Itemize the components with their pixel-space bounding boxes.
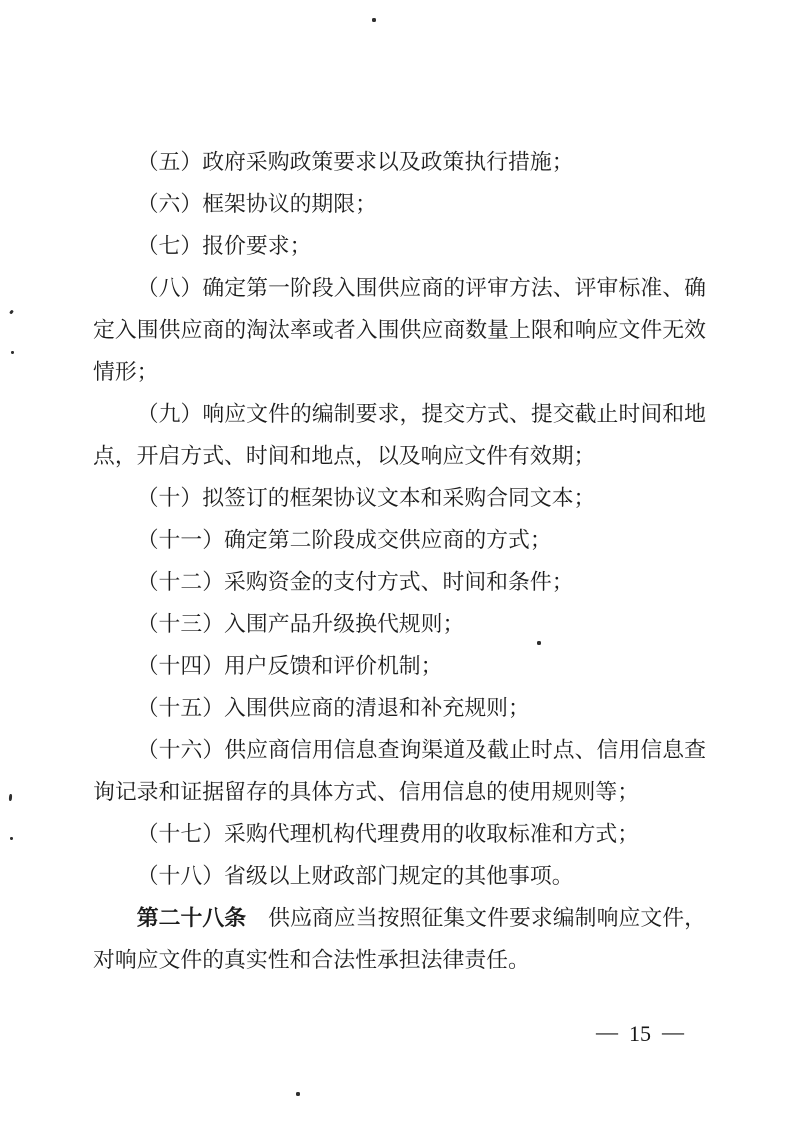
- page-number: — 15 —: [596, 1019, 684, 1049]
- paragraph: （十一）确定第二阶段成交供应商的方式；: [93, 519, 706, 561]
- document-page: （五）政府采购政策要求以及政策执行措施；（六）框架协议的期限；（七）报价要求；（…: [0, 0, 800, 1143]
- page-number-left-dash: —: [596, 1019, 618, 1045]
- paragraph: （十七）采购代理机构代理费用的收取标准和方式；: [93, 813, 706, 855]
- paragraph: （七）报价要求；: [93, 225, 706, 267]
- scan-speck: [9, 310, 14, 315]
- article-number: 第二十八条: [137, 906, 247, 930]
- paragraph: 第二十八条 供应商应当按照征集文件要求编制响应文件，对响应文件的真实性和合法性承…: [93, 897, 706, 981]
- paragraph: （十）拟签订的框架协议文本和采购合同文本；: [93, 477, 706, 519]
- scan-speck: [296, 1092, 300, 1096]
- paragraph: （八）确定第一阶段入围供应商的评审方法、评审标准、确定入围供应商的淘汰率或者入围…: [93, 267, 706, 393]
- document-body: （五）政府采购政策要求以及政策执行措施；（六）框架协议的期限；（七）报价要求；（…: [93, 141, 706, 981]
- scan-speck: [11, 351, 14, 354]
- paragraph: （十四）用户反馈和评价机制；: [93, 645, 706, 687]
- paragraph: （六）框架协议的期限；: [93, 183, 706, 225]
- page-number-value: 15: [629, 1021, 651, 1047]
- scan-speck: [10, 837, 13, 840]
- paragraph: （十五）入围供应商的清退和补充规则；: [93, 687, 706, 729]
- paragraph: （十二）采购资金的支付方式、时间和条件；: [93, 561, 706, 603]
- page-number-right-dash: —: [662, 1019, 684, 1045]
- scan-speck: [9, 794, 13, 801]
- paragraph: （十八）省级以上财政部门规定的其他事项。: [93, 855, 706, 897]
- paragraph: （五）政府采购政策要求以及政策执行措施；: [93, 141, 706, 183]
- paragraph: （十六）供应商信用信息查询渠道及截止时点、信用信息查询记录和证据留存的具体方式、…: [93, 729, 706, 813]
- scan-speck: [537, 641, 541, 645]
- paragraph: （十三）入围产品升级换代规则；: [93, 603, 706, 645]
- paragraph: （九）响应文件的编制要求，提交方式、提交截止时间和地点，开启方式、时间和地点，以…: [93, 393, 706, 477]
- scan-speck: [372, 18, 376, 22]
